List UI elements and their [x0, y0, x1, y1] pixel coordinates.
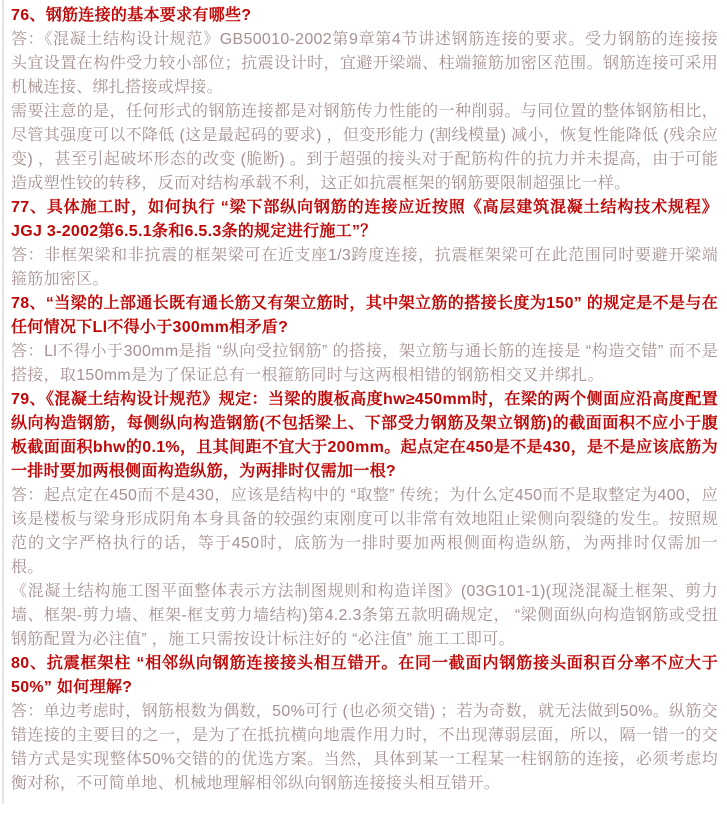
question-heading-80: 80、抗震框架柱 “相邻纵向钢筋连接接头相互错开。在同一截面内钢筋接头面积百分率… [11, 652, 718, 700]
document-content: 76、钢筋连接的基本要求有哪些? 答：《混凝土结构设计规范》GB50010-20… [2, 0, 727, 804]
question-heading-78: 78、“当梁的上部通长既有通长筋又有架立筋时，其中架立筋的搭接长度为150” 的… [11, 292, 718, 340]
answer-paragraph-80-1: 答：单边考虑时，钢筋根数为偶数，50%可行 (也必须交错) ；若为奇数，就无法做… [11, 700, 718, 796]
qa-item-80: 80、抗震框架柱 “相邻纵向钢筋连接接头相互错开。在同一截面内钢筋接头面积百分率… [11, 652, 718, 796]
question-heading-79: 79、《混凝土结构设计规范》规定：当梁的腹板高度hw≥450mm时，在梁的两个侧… [11, 388, 718, 484]
question-heading-77: 77、具体施工时，如何执行 “梁下部纵向钢筋的连接应近按照《高层建筑混凝土结构技… [11, 196, 718, 244]
qa-item-77: 77、具体施工时，如何执行 “梁下部纵向钢筋的连接应近按照《高层建筑混凝土结构技… [11, 196, 718, 292]
answer-paragraph-77-1: 答：非框架梁和非抗震的框架梁可在近支座1/3跨度连接，抗震框架梁可在此范围同时要… [11, 244, 718, 292]
question-heading-76: 76、钢筋连接的基本要求有哪些? [11, 4, 718, 28]
qa-item-78: 78、“当梁的上部通长既有通长筋又有架立筋时，其中架立筋的搭接长度为150” 的… [11, 292, 718, 388]
answer-paragraph-79-1: 答：起点定在450而不是430，应该是结构中的 “取整” 传统；为什么定450而… [11, 484, 718, 580]
document-page: 76、钢筋连接的基本要求有哪些? 答：《混凝土结构设计规范》GB50010-20… [0, 0, 727, 824]
qa-item-76: 76、钢筋连接的基本要求有哪些? 答：《混凝土结构设计规范》GB50010-20… [11, 4, 718, 196]
qa-item-79: 79、《混凝土结构设计规范》规定：当梁的腹板高度hw≥450mm时，在梁的两个侧… [11, 388, 718, 652]
answer-paragraph-76-1: 答：《混凝土结构设计规范》GB50010-2002第9章第4节讲述钢筋连接的要求… [11, 28, 718, 100]
answer-paragraph-78-1: 答：Ll不得小于300mm是指 “纵向受拉钢筋” 的搭接，架立筋与通长筋的连接是… [11, 340, 718, 388]
answer-paragraph-79-2: 《混凝土结构施工图平面整体表示方法制图规则和构造详图》(03G101-1)(现浇… [11, 580, 718, 652]
answer-paragraph-76-2: 需要注意的是，任何形式的钢筋连接都是对钢筋传力性能的一种削弱。与同位置的整体钢筋… [11, 100, 718, 196]
